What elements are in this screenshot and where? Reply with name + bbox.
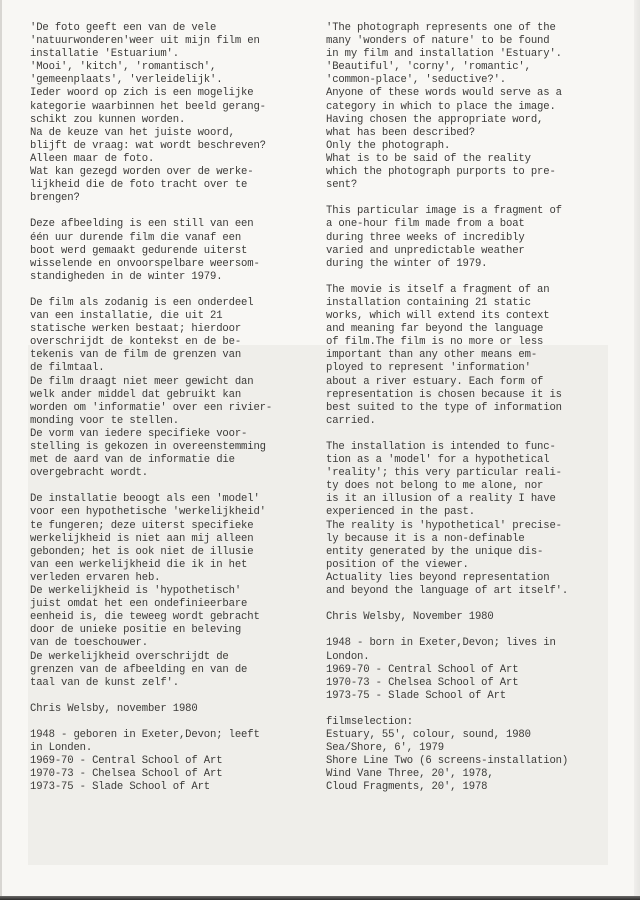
- text-line: 'gemeenplaats', 'verleidelijk'.: [30, 74, 272, 87]
- text-line: De film draagt niet meer gewicht dan: [30, 376, 272, 389]
- text-line: a one-hour film made from a boat: [326, 218, 568, 231]
- text-line: what has been described?: [326, 127, 568, 140]
- text-line: ly because it is a non-definable: [326, 533, 568, 546]
- text-line: grenzen van de afbeelding en van de: [30, 664, 272, 677]
- text-line: statische werken bestaat; hierdoor: [30, 323, 272, 336]
- text-line: tion as a 'model' for a hypothetical: [326, 454, 568, 467]
- text-paragraph: The installation is intended to func-tio…: [326, 441, 568, 598]
- text-line: varied and unpredictable weather: [326, 245, 568, 258]
- text-line: Chris Welsby, November 1980: [326, 611, 568, 624]
- text-line: Sea/Shore, 6', 1979: [326, 742, 568, 755]
- text-line: 1973-75 - Slade School of Art: [30, 781, 272, 794]
- text-line: 'Mooi', 'kitch', 'romantisch',: [30, 61, 272, 74]
- text-line: This particular image is a fragment of: [326, 205, 568, 218]
- text-line: juist omdat het een ondefinieerbare: [30, 598, 272, 611]
- text-line: works, which will extend its context: [326, 310, 568, 323]
- text-line: 1948 - geboren in Exeter,Devon; leeft: [30, 729, 272, 742]
- text-line: 'reality'; this very particular reali-: [326, 467, 568, 480]
- text-line: wisselende en onvoorspelbare weersom-: [30, 258, 272, 271]
- text-line: position of the viewer.: [326, 559, 568, 572]
- text-line: Having chosen the appropriate word,: [326, 114, 568, 127]
- text-line: eenheid is, die teweeg wordt gebracht: [30, 611, 272, 624]
- text-line: gebonden; het is ook niet de illusie: [30, 546, 272, 559]
- text-line: voor een hypothetische 'werkelijkheid': [30, 506, 272, 519]
- text-line: van de toeschouwer.: [30, 637, 272, 650]
- text-line: boot werd gemaakt gedurende uiterst: [30, 245, 272, 258]
- text-line: verleden ervaren heb.: [30, 572, 272, 585]
- text-line: about a river estuary. Each form of: [326, 376, 568, 389]
- text-line: What is to be said of the reality: [326, 153, 568, 166]
- text-line: Deze afbeelding is een still van een: [30, 218, 272, 231]
- text-line: 1970-73 - Chelsea School of Art: [30, 768, 272, 781]
- text-line: De vorm van iedere specifieke voor-: [30, 428, 272, 441]
- text-line: 1969-70 - Central School of Art: [326, 664, 568, 677]
- text-line: De installatie beoogt als een 'model': [30, 493, 272, 506]
- text-line: of film.The film is no more or less: [326, 336, 568, 349]
- text-line: blijft de vraag: wat wordt beschreven?: [30, 140, 272, 153]
- text-paragraph: 1948 - born in Exeter,Devon; lives inLon…: [326, 637, 568, 702]
- text-line: brengen?: [30, 192, 272, 205]
- text-line: sent?: [326, 179, 568, 192]
- text-paragraph: This particular image is a fragment ofa …: [326, 205, 568, 270]
- text-line: overschrijdt de kontekst en de be-: [30, 336, 272, 349]
- text-line: Wind Vane Three, 20', 1978,: [326, 768, 568, 781]
- text-line: installatie 'Estuarium'.: [30, 48, 272, 61]
- text-line: Na de keuze van het juiste woord,: [30, 127, 272, 140]
- page-bottom-edge: [0, 896, 640, 900]
- text-line: van een werkelijkheid die ik in het: [30, 559, 272, 572]
- text-line: The reality is 'hypothetical' precise-: [326, 520, 568, 533]
- text-line: worden om 'informatie' over een rivier-: [30, 402, 272, 415]
- text-line: De werkelijkheid overschrijdt de: [30, 651, 272, 664]
- text-line: tekenis van de film de grenzen van: [30, 349, 272, 362]
- text-line: één uur durende film die vanaf een: [30, 232, 272, 245]
- text-line: Alleen maar de foto.: [30, 153, 272, 166]
- text-line: London.: [326, 651, 568, 664]
- dutch-text-column: 'De foto geeft een van de vele'natuurwon…: [30, 22, 272, 808]
- text-line: during three weeks of incredibly: [326, 232, 568, 245]
- english-text-column: 'The photograph represents one of theman…: [326, 22, 568, 808]
- text-line: in Londen.: [30, 742, 272, 755]
- text-line: and beyond the language of art itself'.: [326, 585, 568, 598]
- page-right-edge: [634, 0, 640, 900]
- text-line: kategorie waarbinnen het beeld gerang-: [30, 101, 272, 114]
- text-line: carried.: [326, 415, 568, 428]
- text-line: van een installatie, die uit 21: [30, 310, 272, 323]
- text-line: experienced in the past.: [326, 506, 568, 519]
- text-line: 'common-place', 'seductive?'.: [326, 74, 568, 87]
- text-line: 'De foto geeft een van de vele: [30, 22, 272, 35]
- text-paragraph: De installatie beoogt als een 'model'voo…: [30, 493, 272, 689]
- text-line: many 'wonders of nature' to be found: [326, 35, 568, 48]
- text-line: The movie is itself a fragment of an: [326, 284, 568, 297]
- text-line: during the winter of 1979.: [326, 258, 568, 271]
- text-line: De werkelijkheid is 'hypothetisch': [30, 585, 272, 598]
- text-paragraph: 'The photograph represents one of theman…: [326, 22, 568, 192]
- text-line: Only the photograph.: [326, 140, 568, 153]
- text-line: werkelijkheid is niet aan mij alleen: [30, 533, 272, 546]
- text-line: category in which to place the image.: [326, 101, 568, 114]
- text-line: which the photograph purports to pre-: [326, 166, 568, 179]
- text-line: 'The photograph represents one of the: [326, 22, 568, 35]
- text-line: 1948 - born in Exeter,Devon; lives in: [326, 637, 568, 650]
- text-paragraph: The movie is itself a fragment of aninst…: [326, 284, 568, 428]
- text-line: Actuality lies beyond representation: [326, 572, 568, 585]
- text-line: te fungeren; deze uiterst specifieke: [30, 520, 272, 533]
- text-line: in my film and installation 'Estuary'.: [326, 48, 568, 61]
- text-line: Shore Line Two (6 screens-installation): [326, 755, 568, 768]
- text-line: ty does not belong to me alone, nor: [326, 480, 568, 493]
- text-line: Ieder woord op zich is een mogelijke: [30, 87, 272, 100]
- text-line: taal van de kunst zelf'.: [30, 677, 272, 690]
- text-line: installation containing 21 static: [326, 297, 568, 310]
- text-line: best suited to the type of information: [326, 402, 568, 415]
- text-line: 1973-75 - Slade School of Art: [326, 690, 568, 703]
- text-line: Estuary, 55', colour, sound, 1980: [326, 729, 568, 742]
- text-line: filmselection:: [326, 716, 568, 729]
- text-line: Wat kan gezegd worden over de werke-: [30, 166, 272, 179]
- text-line: 'Beautiful', 'corny', 'romantic',: [326, 61, 568, 74]
- text-paragraph: filmselection:Estuary, 55', colour, soun…: [326, 716, 568, 795]
- text-line: 'natuurwonderen'weer uit mijn film en: [30, 35, 272, 48]
- text-paragraph: Deze afbeelding is een still van eenéén …: [30, 218, 272, 283]
- text-paragraph: Chris Welsby, november 1980: [30, 703, 272, 716]
- text-line: Chris Welsby, november 1980: [30, 703, 272, 716]
- text-line: Cloud Fragments, 20', 1978: [326, 781, 568, 794]
- text-line: important than any other means em-: [326, 349, 568, 362]
- text-paragraph: 1948 - geboren in Exeter,Devon; leeftin …: [30, 729, 272, 794]
- text-line: overgebracht wordt.: [30, 467, 272, 480]
- text-line: and meaning far beyond the language: [326, 323, 568, 336]
- text-line: 1969-70 - Central School of Art: [30, 755, 272, 768]
- text-line: schikt zou kunnen worden.: [30, 114, 272, 127]
- text-line: is it an illusion of a reality I have: [326, 493, 568, 506]
- text-line: welk ander middel dat gebruikt kan: [30, 389, 272, 402]
- text-line: The installation is intended to func-: [326, 441, 568, 454]
- text-line: Anyone of these words would serve as a: [326, 87, 568, 100]
- text-line: stelling is gekozen in overeenstemming: [30, 441, 272, 454]
- text-paragraph: De film als zodanig is een onderdeelvan …: [30, 297, 272, 480]
- text-line: de filmtaal.: [30, 362, 272, 375]
- text-line: monding voor te stellen.: [30, 415, 272, 428]
- text-line: representation is chosen because it is: [326, 389, 568, 402]
- text-line: met de aard van de informatie die: [30, 454, 272, 467]
- text-line: lijkheid die de foto tracht over te: [30, 179, 272, 192]
- text-line: De film als zodanig is een onderdeel: [30, 297, 272, 310]
- text-line: 1970-73 - Chelsea School of Art: [326, 677, 568, 690]
- page-left-edge: [0, 0, 2, 900]
- text-paragraph: 'De foto geeft een van de vele'natuurwon…: [30, 22, 272, 205]
- text-line: standigheden in de winter 1979.: [30, 271, 272, 284]
- text-line: entity generated by the unique dis-: [326, 546, 568, 559]
- text-paragraph: Chris Welsby, November 1980: [326, 611, 568, 624]
- text-line: door de unieke positie en beleving: [30, 624, 272, 637]
- text-line: ployed to represent 'information': [326, 362, 568, 375]
